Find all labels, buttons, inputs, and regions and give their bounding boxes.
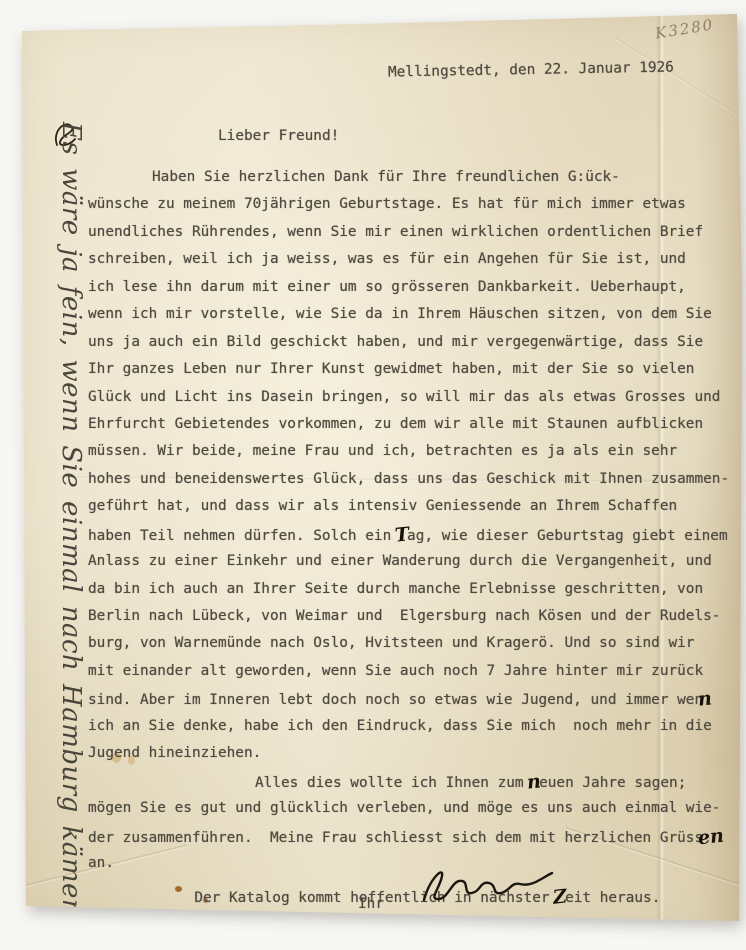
typed-line: da bin ich auch an Ihrer Seite durch man… — [88, 576, 746, 603]
typed-line: Ehrfurcht Gebietendes vorkommen, zu dem … — [88, 411, 746, 438]
typed-line: Anlass zu einer Einkehr und einer Wander… — [88, 548, 746, 575]
typed-line: ich lese ihn darum mit einer um so gröss… — [88, 274, 746, 301]
archive-number: K3280 — [654, 15, 715, 42]
typed-line: wünsche zu meinem 70jährigen Geburtstage… — [88, 191, 746, 218]
typed-line: Alles dies wollte ich Ihnen zum neuen Ja… — [88, 768, 746, 795]
closing: Ihr — [358, 896, 384, 912]
top-right-crease — [614, 37, 746, 146]
typed-line: der zusammenführen. Meine Frau schliesst… — [88, 823, 746, 850]
typed-line: schreiben, weil ich ja weiss, was es für… — [88, 246, 746, 273]
typed-line: Glück und Licht ins Dasein bringen, so w… — [88, 384, 746, 411]
typed-line: unendliches Rührendes, wenn Sie mir eine… — [88, 219, 746, 246]
typed-line: sind. Aber im Inneren lebt doch noch so … — [88, 685, 746, 712]
typed-line: Jugend hineinziehen. — [88, 740, 746, 767]
typed-line: wenn ich mir vorstelle, wie Sie da in Ih… — [88, 301, 746, 328]
typed-line: Ihr ganzes Leben nur Ihrer Kunst gewidme… — [88, 356, 746, 383]
ink-correction: n — [697, 686, 714, 715]
typed-line: Berlin nach Lübeck, von Weimar und Elger… — [88, 603, 746, 630]
signature-handwriting — [418, 864, 558, 908]
paper-shadow: K3280 Es wäre ja fein, wenn Sie einmal n… — [0, 0, 746, 950]
typed-line: mögen Sie es gut und glücklich verleben,… — [88, 795, 746, 822]
typed-line: geführt hat, und dass wir als intensiv G… — [88, 493, 746, 520]
typed-line: hohes und beneidenswertes Glück, dass un… — [88, 466, 746, 493]
typed-line: müssen. Wir beide, meine Frau und ich, b… — [88, 438, 746, 465]
date-line: Mellingstedt, den 22. Januar 1926 — [388, 60, 674, 81]
scan-background: K3280 Es wäre ja fein, wenn Sie einmal n… — [0, 0, 746, 950]
ink-correction: n — [526, 768, 543, 797]
typed-line: burg, von Warnemünde nach Oslo, Hvitstee… — [88, 630, 746, 657]
typed-line: uns ja auch ein Bild geschickt haben, un… — [88, 329, 746, 356]
letter-paper: K3280 Es wäre ja fein, wenn Sie einmal n… — [0, 0, 746, 950]
ink-correction: T — [394, 521, 411, 550]
typed-line: haben Teil nehmen dürfen. Solch ein Tag,… — [88, 521, 746, 548]
typed-line: Haben Sie herzlichen Dank für Ihre freun… — [88, 164, 746, 191]
margin-note-handwriting: Es wäre ja fein, wenn Sie einmal nach Ha… — [56, 122, 86, 882]
ink-correction: en — [697, 822, 726, 852]
salutation: Lieber Freund! — [218, 128, 339, 144]
typed-line: mit einander alt geworden, wenn Sie auch… — [88, 658, 746, 685]
katalog-line: Der Katalog kommt hoffentlich in nächste… — [125, 869, 660, 923]
letter-body: Haben Sie herzlichen Dank für Ihre freun… — [88, 164, 746, 877]
typed-line: ich an Sie denke, habe ich den Eindruck,… — [88, 713, 746, 740]
